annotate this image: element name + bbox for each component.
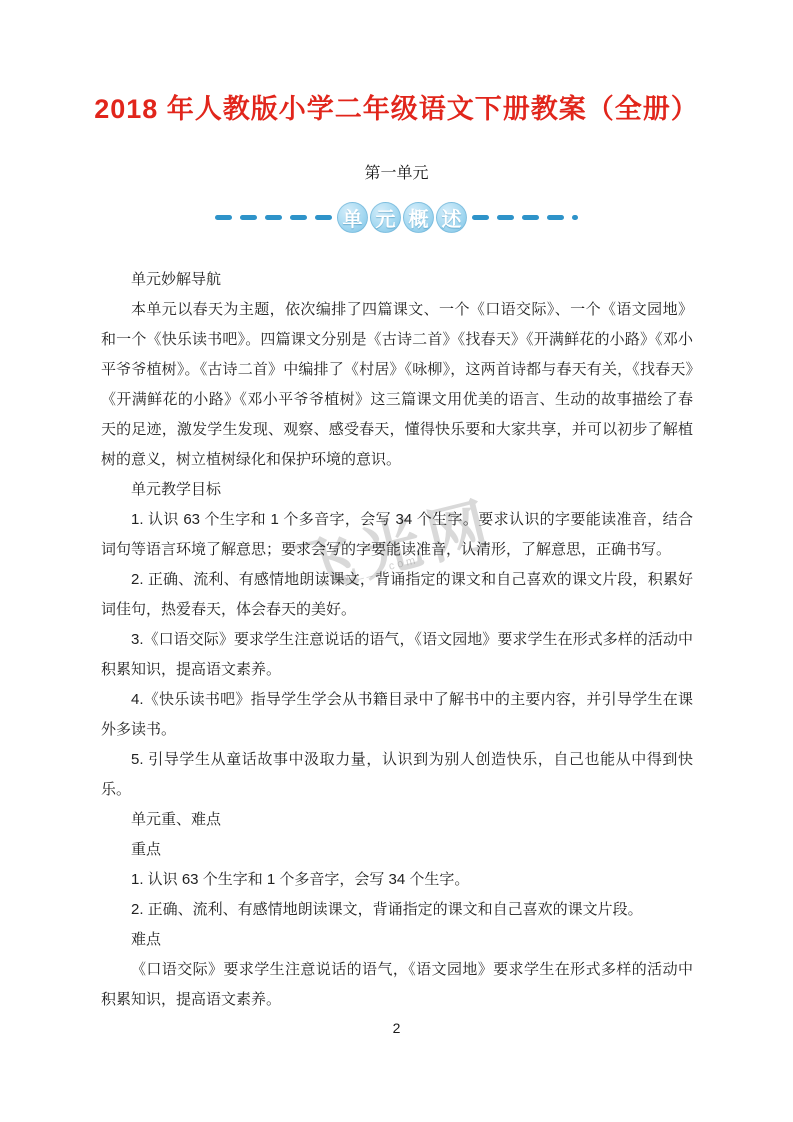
key-points-label: 重点 xyxy=(101,835,693,865)
dash-icon xyxy=(215,215,232,220)
body-paragraph: 1. 认识 63 个生字和 1 个多音字，会写 34 个生字。 xyxy=(101,865,693,895)
unit-goals-heading: 单元教学目标 xyxy=(101,475,693,505)
dash-icon xyxy=(472,215,489,220)
dash-icon xyxy=(265,215,282,220)
unit-guide-heading: 单元妙解导航 xyxy=(101,265,693,295)
badge-char-circle: 元 xyxy=(370,202,401,233)
document-title: 2018 年人教版小学二年级语文下册教案（全册） xyxy=(48,92,745,127)
dashed-line-right xyxy=(468,215,582,220)
unit-overview-badge: 单 元 概 述 xyxy=(0,197,793,237)
body-paragraph: 1. 认识 63 个生字和 1 个多音字，会写 34 个生字。要求认识的字要能读… xyxy=(101,505,693,565)
dash-icon xyxy=(547,215,564,220)
dash-icon xyxy=(290,215,307,220)
badge-char-circle: 述 xyxy=(436,202,467,233)
dash-icon xyxy=(240,215,257,220)
body-paragraph: 3.《口语交际》要求学生注意说话的语气，《语文园地》要求学生在形式多样的活动中积… xyxy=(101,625,693,685)
document-body: 单元妙解导航 本单元以春天为主题，依次编排了四篇课文、一个《口语交际》、一个《语… xyxy=(101,265,693,1015)
dash-icon xyxy=(522,215,539,220)
body-paragraph: 4.《快乐读书吧》指导学生学会从书籍目录中了解书中的主要内容，并引导学生在课外多… xyxy=(101,685,693,745)
body-paragraph: 本单元以春天为主题，依次编排了四篇课文、一个《口语交际》、一个《语文园地》和一个… xyxy=(101,295,693,475)
badge-char-circle: 概 xyxy=(403,202,434,233)
page-number: 2 xyxy=(0,1020,793,1036)
unit-key-points-heading: 单元重、难点 xyxy=(101,805,693,835)
section-heading: 第一单元 xyxy=(0,160,793,183)
dashed-line-left xyxy=(211,215,336,220)
dash-icon xyxy=(497,215,514,220)
body-paragraph: 5. 引导学生从童话故事中汲取力量，认识到为别人创造快乐，自己也能从中得到快乐。 xyxy=(101,745,693,805)
body-paragraph: 2. 正确、流利、有感情地朗读课文，背诵指定的课文和自己喜欢的课文片段，积累好词… xyxy=(101,565,693,625)
difficulties-label: 难点 xyxy=(101,925,693,955)
dash-dot-icon xyxy=(572,215,578,220)
badge-char-circle: 单 xyxy=(337,202,368,233)
body-paragraph: 2. 正确、流利、有感情地朗读课文，背诵指定的课文和自己喜欢的课文片段。 xyxy=(101,895,693,925)
document-page: 2018 年人教版小学二年级语文下册教案（全册） 第一单元 单 元 概 述 飞光… xyxy=(0,0,793,1122)
body-paragraph: 《口语交际》要求学生注意说话的语气，《语文园地》要求学生在形式多样的活动中积累知… xyxy=(101,955,693,1015)
dash-icon xyxy=(315,215,332,220)
